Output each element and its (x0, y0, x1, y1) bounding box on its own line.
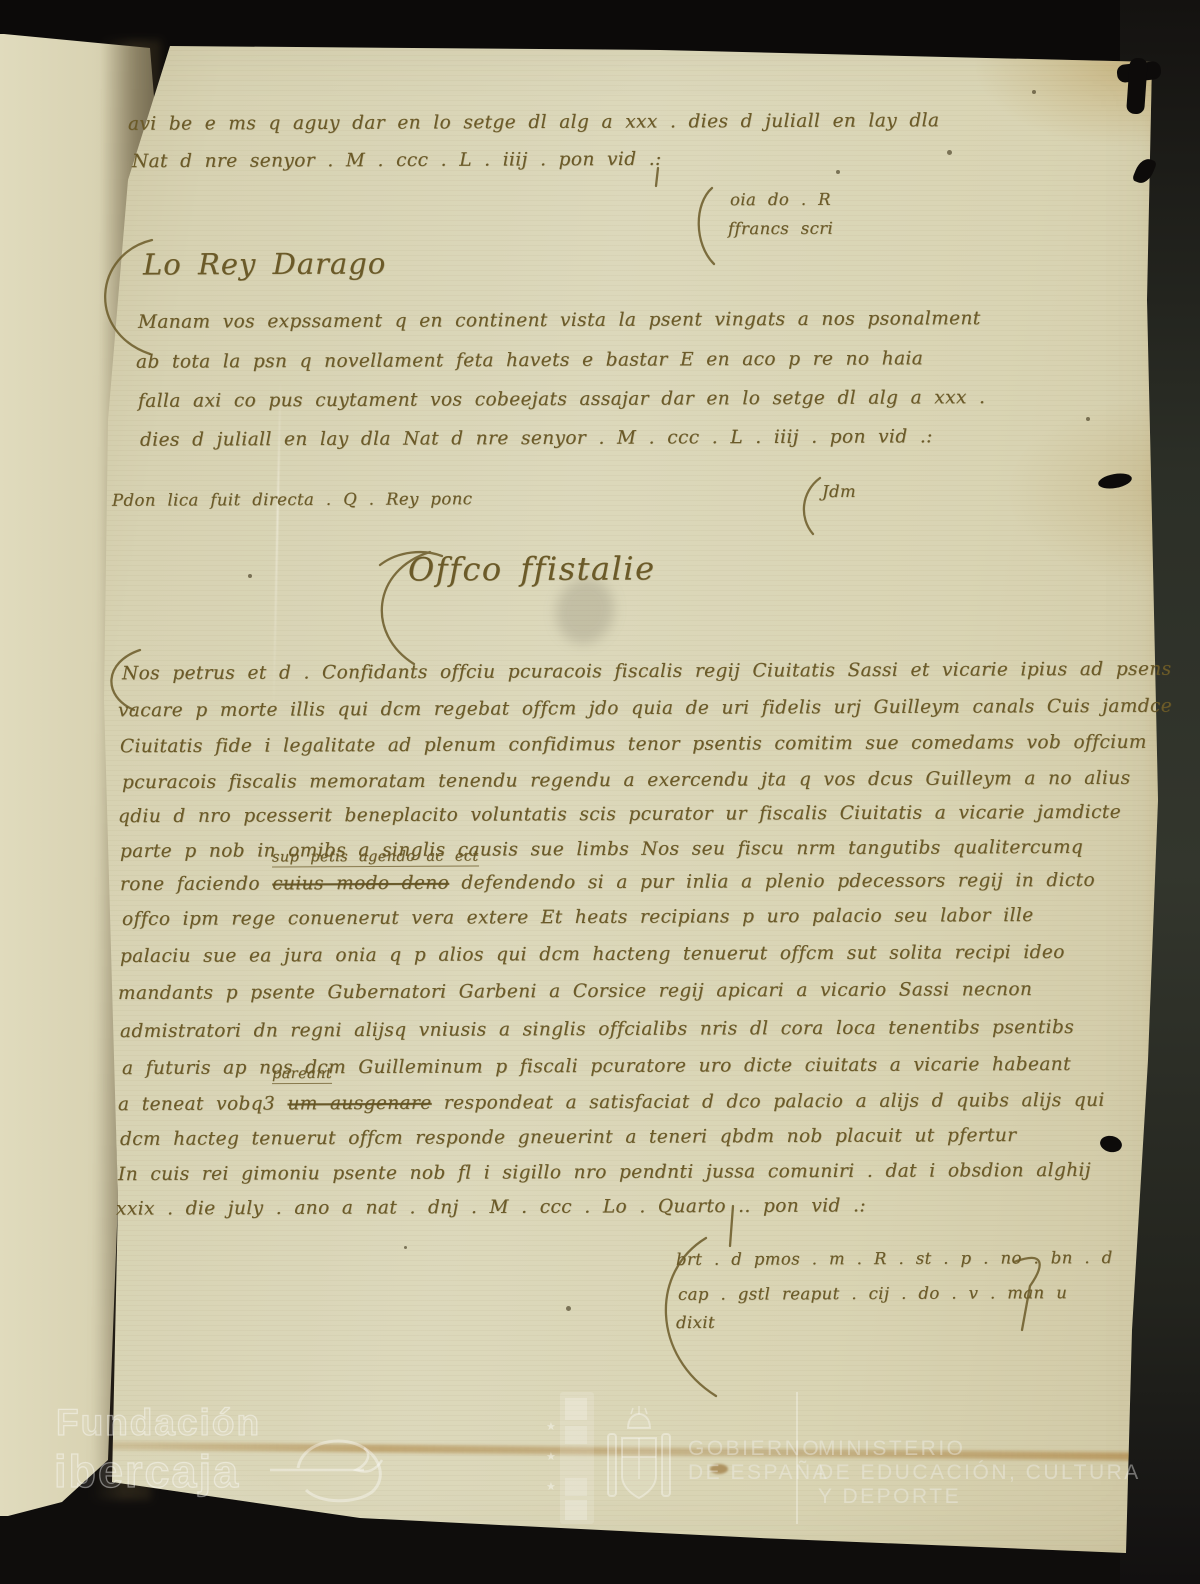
manuscript-line-with-correction: rone faciendo cuius modo deno defendendo… (120, 870, 1095, 895)
flag-star: ★ (546, 1450, 556, 1463)
swan-icon (268, 1430, 400, 1508)
manuscript-photo: avi be e ms q aguy dar en lo setge dl al… (0, 0, 1200, 1584)
gobierno-watermark-line1: GOBIERNO (688, 1437, 821, 1461)
manuscript-line: avi be e ms q aguy dar en lo setge dl al… (128, 110, 939, 135)
manuscript-line: xxix . die july . ano a nat . dnj . M . … (116, 1195, 866, 1219)
flag-notch (565, 1426, 587, 1444)
flag-notch (565, 1478, 587, 1496)
interlinear-insertion: pareant (272, 1066, 332, 1084)
manuscript-line: a futuris ap nos dcm Guilleminum p fisca… (122, 1054, 1071, 1079)
ink-speck (248, 574, 252, 578)
line-pre: a teneat vobq3 (118, 1093, 288, 1115)
ink-speck (947, 150, 952, 155)
line-pre: rone faciendo (120, 873, 272, 895)
gobierno-watermark-line2: DE ESPAÑA (688, 1461, 829, 1485)
manuscript-line-with-correction: a teneat vobq3 um ausgenare respondeat a… (118, 1090, 1105, 1115)
manuscript-line: dies d juliall en lay dla Nat d nre seny… (140, 426, 933, 450)
manuscript-line: Ciuitatis fide i legalitate ad plenum co… (120, 732, 1147, 757)
interlinear-insertion: sup petis agendo ac ect (272, 849, 479, 868)
chancery-note-line: cap . gstl reaput . cij . do . v . man u (678, 1283, 1067, 1304)
flag-notch (565, 1398, 587, 1420)
manuscript-line: ab tota la psn q novellament feta havets… (136, 348, 923, 372)
struck-text: um ausgenare (287, 1093, 431, 1115)
manuscript-line: Nat d nre senyor . M . ccc . L . iiij . … (132, 149, 662, 172)
chancery-note-line: brt . d pmos . m . R . st . p . no . bn … (676, 1248, 1113, 1269)
ink-speck (566, 1306, 571, 1311)
manuscript-line: dcm hacteg tenuerut offcm responde gneue… (120, 1125, 1017, 1150)
ibercaja-watermark-line2: ibercaja (54, 1446, 240, 1498)
flag-star: ★ (546, 1420, 556, 1433)
manuscript-line: palaciu sue ea jura onia q p alios qui d… (120, 942, 1065, 967)
eu-flag-icon: ★ ★ ★ (560, 1392, 594, 1524)
manuscript-line: falla axi co pus cuytament vos cobeejats… (138, 387, 985, 412)
letter-heading: Lo Rey Darago (143, 246, 386, 281)
watermark-divider (796, 1392, 798, 1524)
line-post: respondeat a satisfaciat d dco palacio a… (432, 1090, 1105, 1114)
manuscript-line: mandants p psente Gubernatori Garbeni a … (118, 979, 1032, 1004)
ibercaja-watermark-line1: Fundación (56, 1402, 261, 1444)
manuscript-line: qdiu d nro pcesserit beneplacito volunta… (118, 802, 1121, 827)
spain-coat-of-arms-icon (600, 1404, 678, 1508)
idem-note: Jdm (822, 482, 856, 501)
ink-speck (836, 170, 840, 174)
manuscript-line: admistratori dn regni alijsq vniusis a s… (120, 1017, 1074, 1042)
manuscript-line: Manam vos expssament q en continent vist… (138, 308, 981, 333)
manuscript-line: pcuracois fiscalis memoratam tenendu reg… (122, 768, 1131, 793)
ink-speck (404, 1246, 407, 1249)
ink-speck (1032, 90, 1036, 94)
ministerio-watermark-line2: DE EDUCACIÓN, CULTURA (818, 1461, 1141, 1485)
registrar-note-line: ffrancs scri (728, 219, 833, 238)
ministerio-watermark-line1: MINISTERIO (818, 1437, 966, 1461)
manuscript-line: parte p nob in omibs a singlis causis su… (120, 837, 1083, 862)
line-post: defendendo si a pur inlia a plenio pdece… (449, 870, 1095, 894)
manuscript-line: In cuis rei gimoniu psente nob fl i sigi… (118, 1160, 1091, 1185)
registrar-note-line: oia do . R (730, 190, 831, 209)
manuscript-line: offco ipm rege conuenerut vera extere Et… (122, 905, 1034, 930)
ministerio-watermark-line3: Y DEPORTE (818, 1485, 961, 1509)
section-heading: Offco ffistalie (408, 549, 656, 588)
struck-text: cuius modo deno (272, 873, 449, 895)
flag-notch (565, 1500, 587, 1520)
ink-speck (1086, 417, 1090, 421)
flag-star: ★ (546, 1480, 556, 1493)
delivery-note: Pdon lica fuit directa . Q . Rey ponc (112, 489, 472, 510)
chancery-note-line: dixit (676, 1313, 715, 1332)
